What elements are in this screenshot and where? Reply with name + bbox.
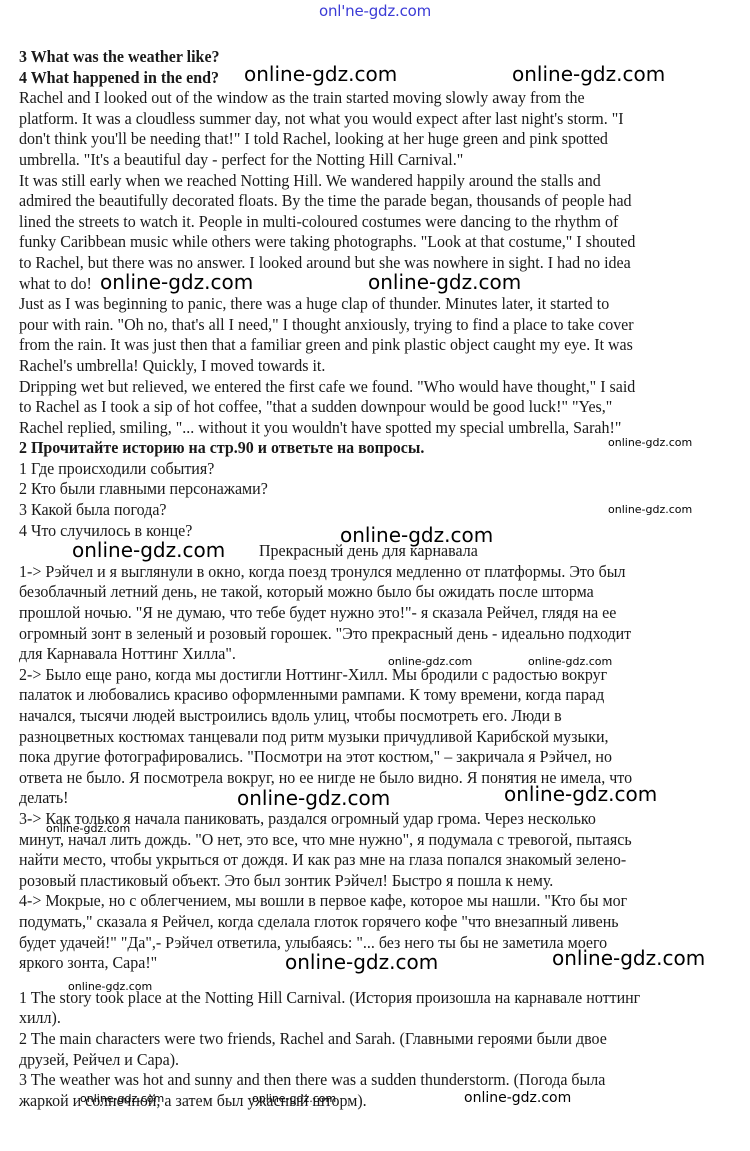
story-ru: 1-> Рэйчел и я выглянули в окно, когда п… xyxy=(19,562,739,974)
story-ru-line: 4-> Мокрые, но с облегчением, мы вошли в… xyxy=(19,891,739,912)
watermark: online-gdz.com xyxy=(528,655,612,668)
story-en-line: umbrella. "It's a beautiful day - perfec… xyxy=(19,150,739,171)
story-en: Rachel and I looked out of the window as… xyxy=(19,88,739,438)
story-ru-line: огромный зонт в зеленый и розовый гороше… xyxy=(19,624,739,645)
story-en-line: from the rain. It was just then that a f… xyxy=(19,335,739,356)
story-ru-line: подумать," сказала я Рейчел, когда сдела… xyxy=(19,912,739,933)
story-ru-line: палаток и любовались красиво оформленным… xyxy=(19,685,739,706)
watermark: online-gdz.com xyxy=(244,62,397,86)
watermark: online-gdz.com xyxy=(504,782,657,806)
watermark: online-gdz.com xyxy=(512,62,665,86)
watermark: online-gdz.com xyxy=(285,950,438,974)
watermark: online-gdz.com xyxy=(80,1092,164,1105)
site-logo[interactable]: onl'ne-gdz.com xyxy=(0,2,750,20)
watermark: online-gdz.com xyxy=(464,1090,571,1106)
story-ru-line: 1-> Рэйчел и я выглянули в окно, когда п… xyxy=(19,562,739,583)
story-ru-line: безоблачный летний день, не такой, котор… xyxy=(19,582,739,603)
watermark: online-gdz.com xyxy=(340,523,493,547)
story-en-line: to Rachel as I took a sip of hot coffee,… xyxy=(19,397,739,418)
story-ru-line: розовый пластиковый объект. Это был зонт… xyxy=(19,871,739,892)
story-en-line: don't think you'll be needing that!" I t… xyxy=(19,129,739,150)
story-en-line: pour with rain. "Oh no, that's all I nee… xyxy=(19,315,739,336)
story-ru-line: разноцветных костюмах танцевали под ритм… xyxy=(19,727,739,748)
question-ru-1: 1 Где происходили события? xyxy=(19,459,739,480)
story-en-line: Rachel and I looked out of the window as… xyxy=(19,88,739,109)
watermark: online-gdz.com xyxy=(237,786,390,810)
story-en-line: Dripping wet but relieved, we entered th… xyxy=(19,377,739,398)
watermark: online-gdz.com xyxy=(608,503,692,516)
story-ru-line: найти место, чтобы укрыться от дождя. И … xyxy=(19,850,739,871)
story-ru-line: начался, тысячи людей выстроились вдоль … xyxy=(19,706,739,727)
watermark: online-gdz.com xyxy=(552,946,705,970)
story-ru-line: 2-> Было еще рано, когда мы достигли Нот… xyxy=(19,665,739,686)
watermark: online-gdz.com xyxy=(252,1092,336,1105)
story-ru-line: пока другие фотографировались. "Посмотри… xyxy=(19,747,739,768)
story-en-line: funky Caribbean music while others were … xyxy=(19,232,739,253)
watermark: online-gdz.com xyxy=(100,270,253,294)
story-en-line: admired the beautifully decorated floats… xyxy=(19,191,739,212)
watermark: online-gdz.com xyxy=(368,270,521,294)
story-en-line: It was still early when we reached Notti… xyxy=(19,171,739,192)
story-en-line: Just as I was beginning to panic, there … xyxy=(19,294,739,315)
watermark: online-gdz.com xyxy=(46,822,130,835)
watermark: online-gdz.com xyxy=(72,538,225,562)
question-ru-2: 2 Кто были главными персонажами? xyxy=(19,479,739,500)
story-en-line: lined the streets to watch it. People in… xyxy=(19,212,739,233)
watermark: online-gdz.com xyxy=(388,655,472,668)
story-ru-line: прошлой ночью. "Я не думаю, что тебе буд… xyxy=(19,603,739,624)
story-en-line: platform. It was a cloudless summer day,… xyxy=(19,109,739,130)
answer-line: друзей, Рейчел и Сара). xyxy=(19,1050,739,1071)
answer-line: 3 The weather was hot and sunny and then… xyxy=(19,1070,739,1091)
watermark: online-gdz.com xyxy=(68,980,152,993)
story-ru-line: для Карнавала Ноттинг Хилла". xyxy=(19,644,739,665)
answer-line: хилл). xyxy=(19,1008,739,1029)
watermark: online-gdz.com xyxy=(608,436,692,449)
answer-line: 2 The main characters were two friends, … xyxy=(19,1029,739,1050)
story-en-line: Rachel's umbrella! Quickly, I moved towa… xyxy=(19,356,739,377)
